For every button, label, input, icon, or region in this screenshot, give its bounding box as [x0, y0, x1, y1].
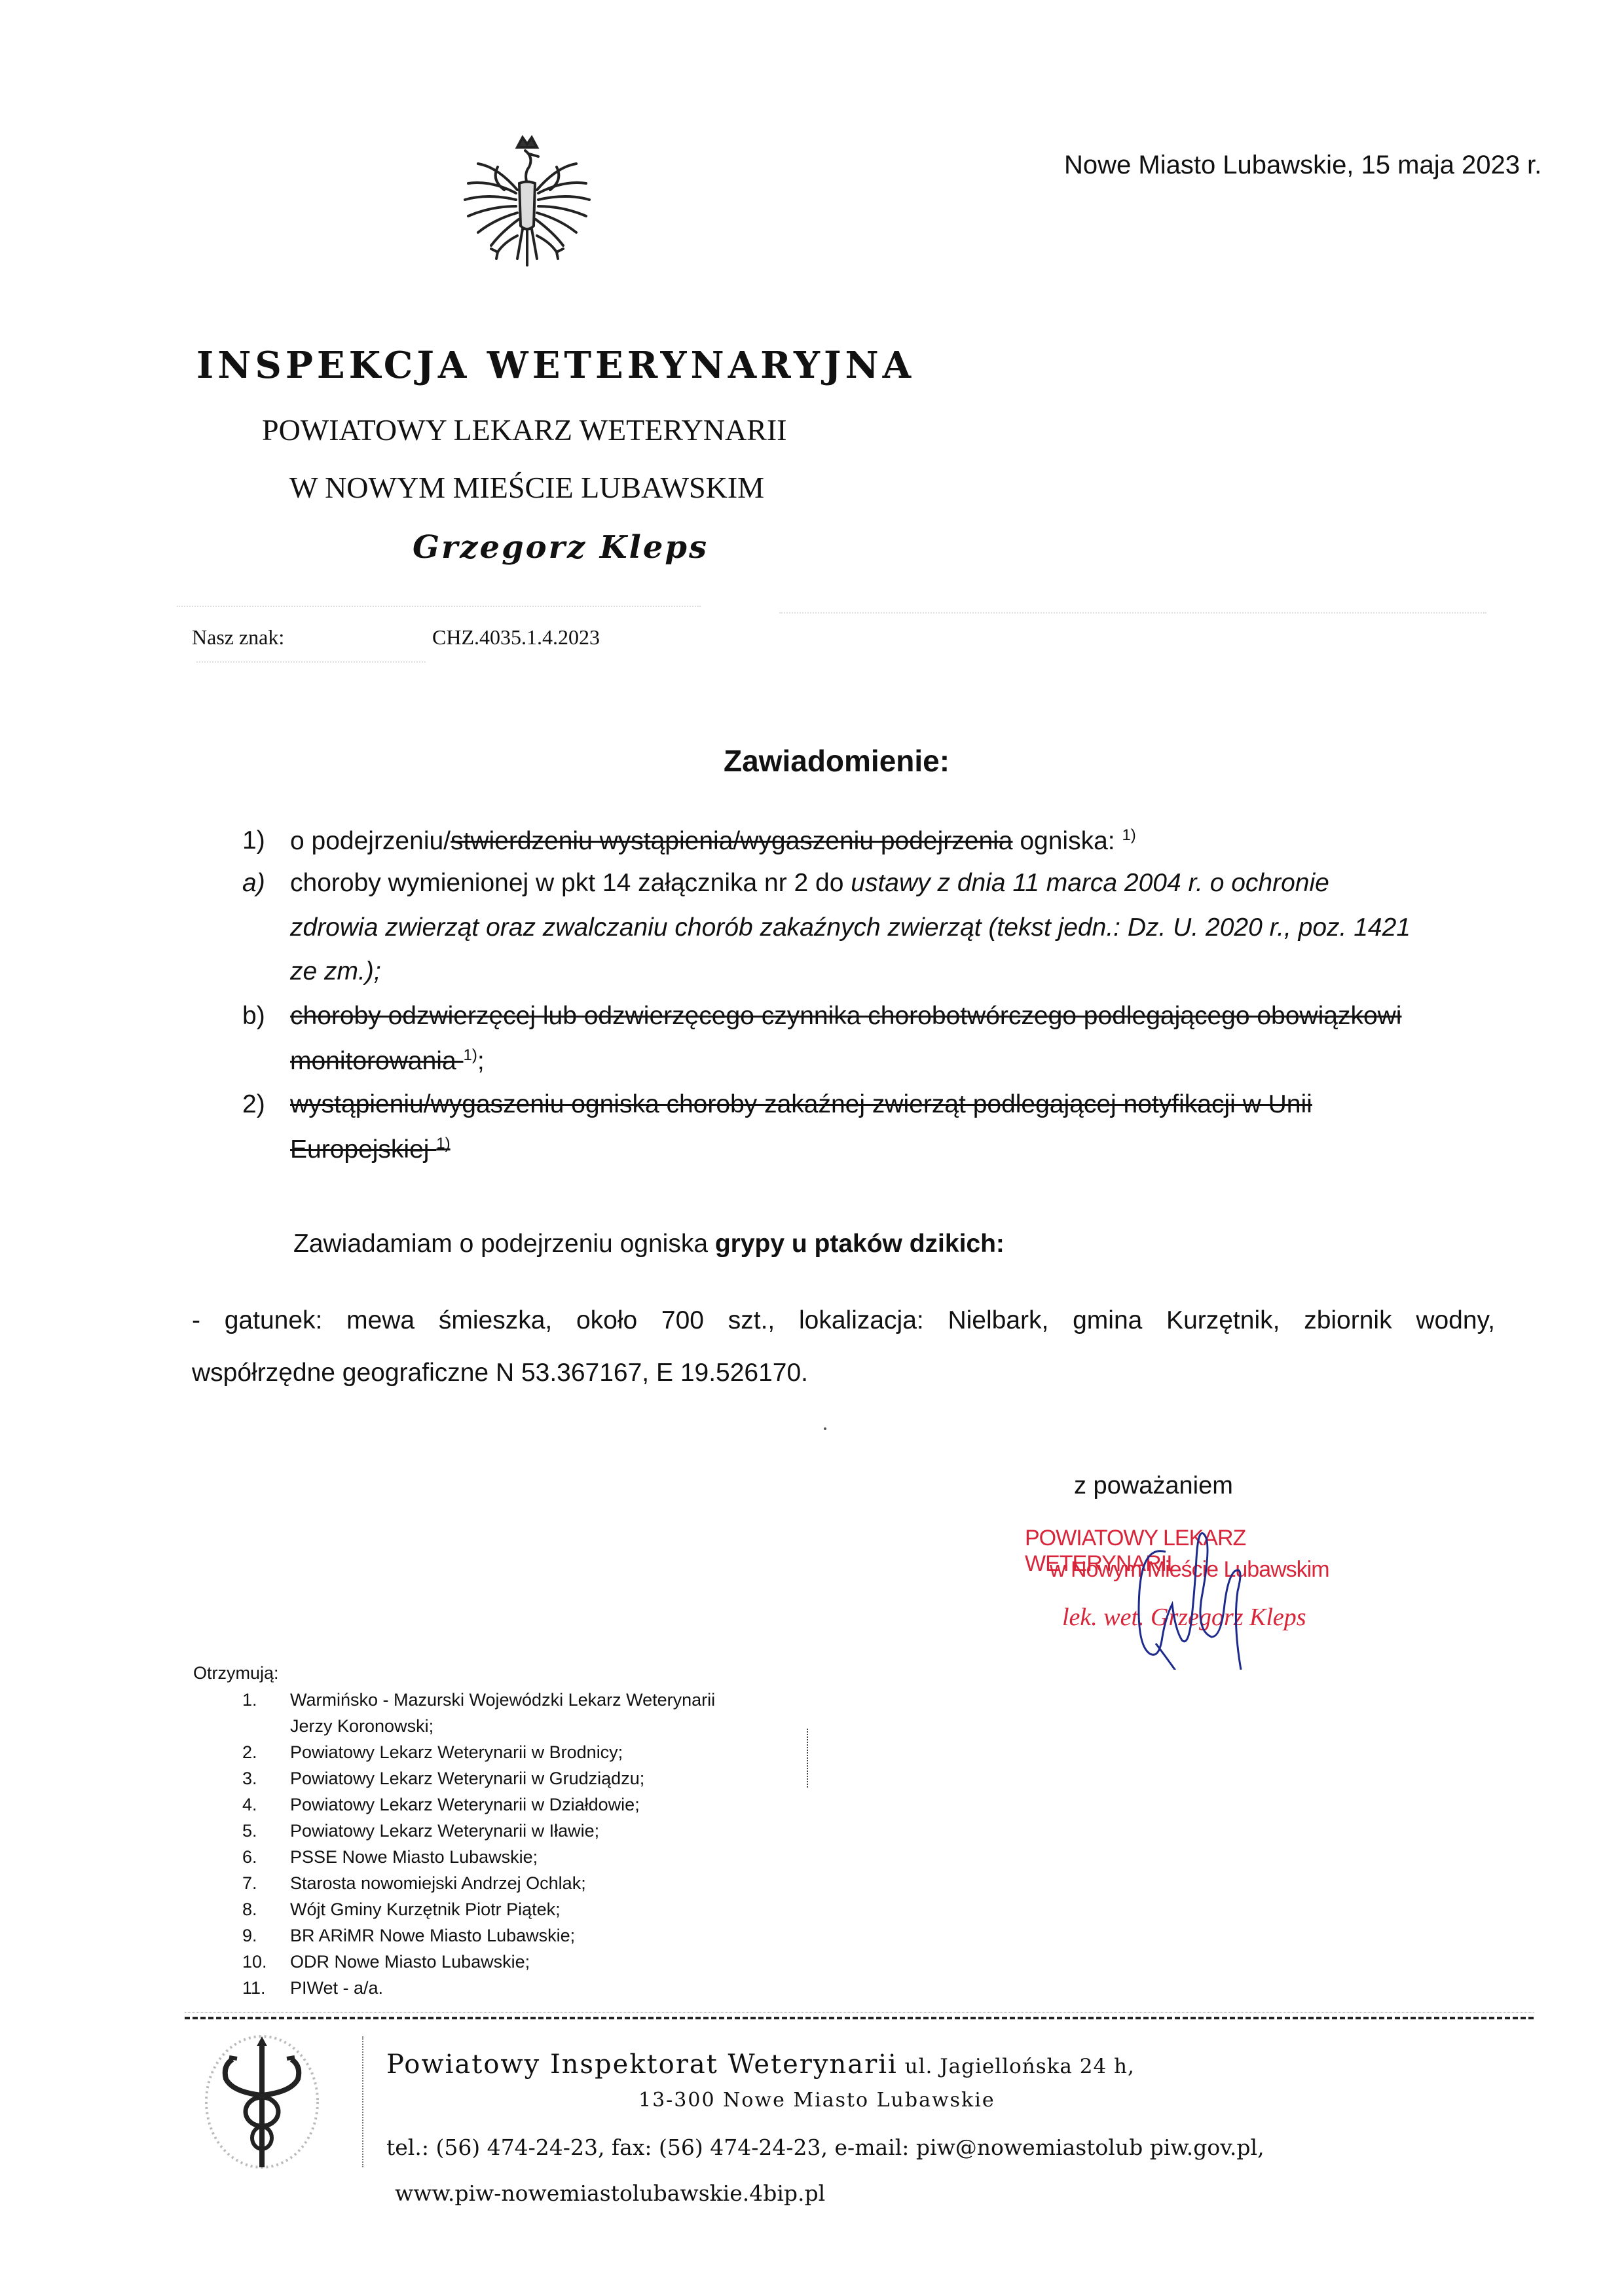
item-letter: a)	[242, 869, 265, 898]
recipient-text: Powiatowy Lekarz Weterynarii w Grudziądz…	[290, 1765, 644, 1791]
footnote-ref: 1)	[1122, 826, 1135, 844]
scan-speck	[824, 1427, 826, 1430]
recipient-text: PIWet - a/a.	[290, 1975, 383, 2001]
recipient-text: Wójt Gminy Kurzętnik Piotr Piątek;	[290, 1896, 561, 1922]
faint-rule-top-right	[779, 612, 1486, 615]
officer-name: Grzegorz Kleps	[413, 529, 709, 566]
item-number: 2)	[242, 1090, 265, 1119]
recipient-number: 6.	[242, 1844, 282, 1870]
act-title: ustawy z dnia 11 marca 2004 r. o ochroni…	[851, 869, 1329, 897]
item-number: 1)	[242, 826, 265, 855]
recipient-number: 5.	[242, 1818, 282, 1844]
notice-item-1: 1) o podejrzeniu/stwierdzeniu wystąpieni…	[0, 826, 1624, 859]
handwritten-signature-icon	[1025, 1473, 1392, 1670]
footer-divider	[362, 2036, 363, 2167]
recipients-label: Otrzymują:	[193, 1663, 279, 1683]
reference-label: Nasz znak:	[192, 625, 284, 650]
recipient-text: BR ARiMR Nowe Miasto Lubawskie;	[290, 1922, 575, 1949]
institution-title: INSPEKCJA WETERYNARYJNA	[196, 344, 915, 387]
footer-city: 13-300 Nowe Miasto Lubawskie	[638, 2089, 995, 2112]
notice-item-b-line2: monitorowania 1);	[290, 1046, 485, 1076]
footnote-ref: 1)	[463, 1046, 477, 1064]
recipient-text: ODR Nowe Miasto Lubawskie;	[290, 1949, 530, 1975]
recipient-number: 11.	[242, 1975, 282, 2001]
footnote-ref: 1)	[436, 1135, 450, 1152]
act-title-line2: zdrowia zwierząt oraz zwalczaniu chorób …	[290, 913, 1411, 942]
footer-rule-faint	[185, 2012, 1534, 2013]
item-text-struck: monitorowania	[290, 1047, 463, 1075]
caduceus-emblem-icon	[196, 2030, 327, 2174]
official-stamp: POWIATOWY LEKARZ WETERYNARII w Nowym Mie…	[1025, 1526, 1392, 1657]
notice-heading: Zawiadomienie:	[724, 743, 950, 779]
item-text-struck: choroby odzwierzęcej lub odzwierzęcego c…	[290, 1002, 1401, 1031]
item-text: o podejrzeniu/stwierdzeniu wystąpienia/w…	[290, 826, 1136, 856]
main-statement: Zawiadamiam o podejrzeniu ogniska grypy …	[293, 1230, 1005, 1258]
footer-rule	[185, 2017, 1534, 2019]
reference-number: CHZ.4035.1.4.2023	[432, 625, 600, 650]
notice-item-2-line2: Europejskiej 1)	[290, 1135, 451, 1164]
recipient-number: 4.	[242, 1791, 282, 1818]
organization-name: Powiatowy Inspektorat Weterynarii	[386, 2049, 898, 2080]
recipient-text: PSSE Nowe Miasto Lubawskie;	[290, 1844, 538, 1870]
item-text: choroby wymienionej w pkt 14 załącznika …	[290, 869, 1329, 898]
item-text-struck: wystąpieniu/wygaszeniu ogniska choroby z…	[290, 1090, 1312, 1119]
outbreak-coordinates: współrzędne geograficzne N 53.367167, E …	[192, 1359, 808, 1387]
footer-organization: Powiatowy Inspektorat Weterynarii ul. Ja…	[386, 2049, 1135, 2080]
recipient-text: Starosta nowomiejski Andrzej Ochlak;	[290, 1870, 586, 1896]
outbreak-details: - gatunek: mewa śmieszka, około 700 szt.…	[192, 1306, 1495, 1335]
office-title-line1: POWIATOWY LEKARZ WETERYNARII	[262, 413, 787, 447]
footer-website-link[interactable]: www.piw-nowemiastolubawskie.4bip.pl	[395, 2180, 825, 2206]
faint-rule-top	[177, 606, 701, 608]
recipient-text: Powiatowy Lekarz Weterynarii w Działdowi…	[290, 1791, 640, 1818]
office-title-line2: W NOWYM MIEŚCIE LUBAWSKIM	[289, 470, 764, 505]
recipient-number: 2.	[242, 1739, 282, 1765]
statement-text: Zawiadamiam o podejrzeniu ogniska	[293, 1230, 715, 1258]
recipient-text: Jerzy Koronowski;	[290, 1713, 434, 1739]
scan-mark	[807, 1729, 808, 1788]
recipient-number: 10.	[242, 1949, 282, 1975]
recipient-number: 1.	[242, 1687, 282, 1713]
recipient-text: Warmińsko - Mazurski Wojewódzki Lekarz W…	[290, 1687, 715, 1713]
recipient-number: 8.	[242, 1896, 282, 1922]
item-tail: ;	[477, 1047, 485, 1075]
footer-contact: tel.: (56) 474-24-23, fax: (56) 474-24-2…	[386, 2135, 1264, 2160]
faint-rule-bottom	[196, 661, 426, 664]
recipient-number: 9.	[242, 1922, 282, 1949]
polish-eagle-emblem-icon	[452, 128, 602, 285]
item-text-active: o podejrzeniu/	[290, 827, 451, 855]
item-text-struck: Europejskiej	[290, 1135, 436, 1164]
item-letter: b)	[242, 1002, 265, 1031]
notice-item-a: a) choroby wymienionej w pkt 14 załączni…	[0, 869, 1624, 902]
notice-item-b: b) choroby odzwierzęcej lub odzwierzęceg…	[0, 1002, 1624, 1035]
recipient-number: 7.	[242, 1870, 282, 1896]
street-address: ul. Jagiellońska 24 h,	[898, 2055, 1135, 2078]
item-text-suffix: ogniska:	[1013, 827, 1122, 855]
item-text-plain: choroby wymienionej w pkt 14 załącznika …	[290, 869, 851, 897]
recipient-text: Powiatowy Lekarz Weterynarii w Brodnicy;	[290, 1739, 623, 1765]
disease-name: grypy u ptaków dzikich:	[715, 1230, 1005, 1258]
item-text-struck: stwierdzeniu wystąpienia/wygaszeniu pode…	[451, 827, 1012, 855]
recipient-number: 3.	[242, 1765, 282, 1791]
recipient-text: Powiatowy Lekarz Weterynarii w Iławie;	[290, 1818, 599, 1844]
notice-item-2: 2) wystąpieniu/wygaszeniu ogniska chorob…	[0, 1090, 1624, 1123]
act-title-line3: ze zm.);	[290, 957, 381, 986]
place-and-date: Nowe Miasto Lubawskie, 15 maja 2023 r.	[1064, 151, 1541, 180]
